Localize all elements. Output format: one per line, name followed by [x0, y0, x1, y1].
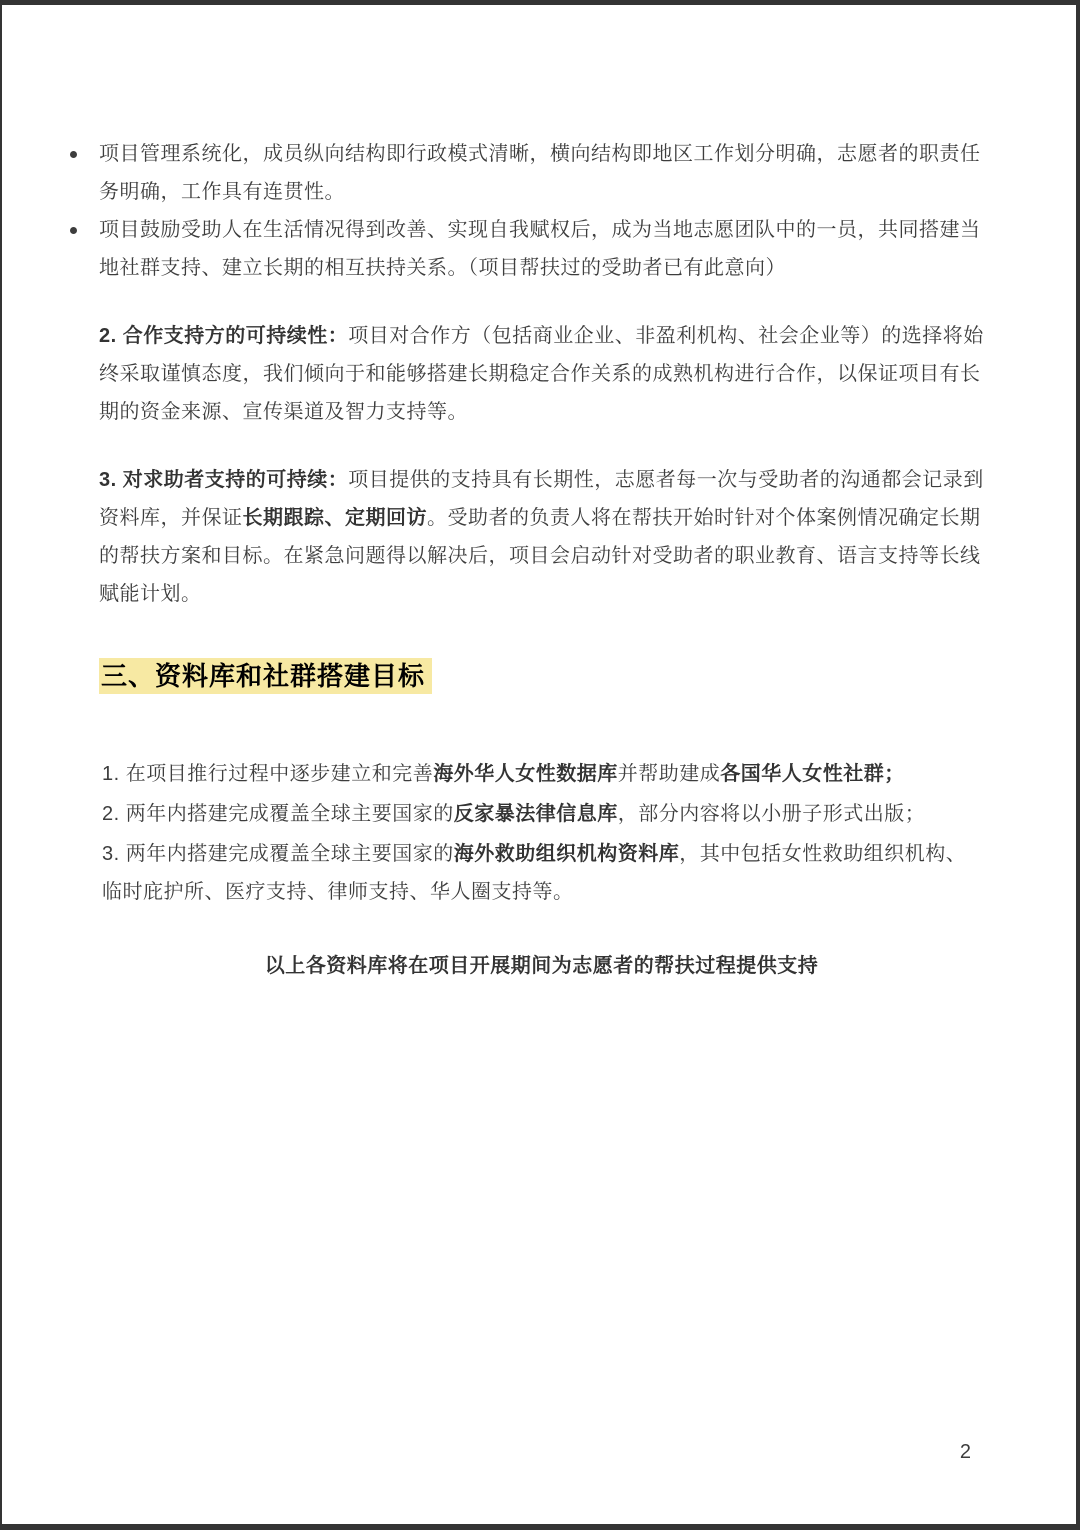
bullet-item: 项目鼓励受助人在生活情况得到改善、实现自我赋权后，成为当地志愿团队中的一员，共同…: [99, 211, 984, 287]
heading-highlight: 三、资料库和社群搭建目标: [99, 658, 432, 694]
text-run: 各国华人女性社群；: [720, 763, 905, 785]
numbered-item: 2. 两年内搭建完成覆盖全球主要国家的反家暴法律信息库，部分内容将以小册子形式出…: [102, 795, 984, 833]
document-page: 项目管理系统化，成员纵向结构即行政模式清晰，横向结构即地区工作划分明确，志愿者的…: [2, 5, 1076, 1524]
bullet-item: 项目管理系统化，成员纵向结构即行政模式清晰，横向结构即地区工作划分明确，志愿者的…: [99, 135, 984, 211]
numbered-list: 1. 在项目推行过程中逐步建立和完善海外华人女性数据库并帮助建成各国华人女性社群…: [99, 755, 984, 911]
text-run: 2. 合作支持方的可持续性：: [99, 325, 348, 347]
text-run: 1. 在项目推行过程中逐步建立和完善: [102, 763, 433, 785]
bullet-text: 项目鼓励受助人在生活情况得到改善、实现自我赋权后，成为当地志愿团队中的一员，共同…: [99, 219, 981, 279]
paragraph-partnership-sustainability: 2. 合作支持方的可持续性：项目对合作方（包括商业企业、非盈利机构、社会企业等）…: [99, 317, 984, 431]
bullet-text: 项目管理系统化，成员纵向结构即行政模式清晰，横向结构即地区工作划分明确，志愿者的…: [99, 143, 981, 203]
page-content: 项目管理系统化，成员纵向结构即行政模式清晰，横向结构即地区工作划分明确，志愿者的…: [2, 5, 1076, 985]
text-run: 长期跟踪、定期回访: [243, 507, 428, 529]
text-run: 并帮助建成: [618, 763, 721, 785]
text-run: 反家暴法律信息库: [454, 803, 618, 825]
paragraph-helpseeker-support-sustainability: 3. 对求助者支持的可持续：项目提供的支持具有长期性，志愿者每一次与受助者的沟通…: [99, 461, 984, 613]
page-number: 2: [960, 1441, 971, 1464]
text-run: 2. 两年内搭建完成覆盖全球主要国家的: [102, 803, 454, 825]
numbered-item: 3. 两年内搭建完成覆盖全球主要国家的海外救助组织机构资料库，其中包括女性救助组…: [102, 835, 984, 911]
numbered-item: 1. 在项目推行过程中逐步建立和完善海外华人女性数据库并帮助建成各国华人女性社群…: [102, 755, 984, 793]
text-run: 海外救助组织机构资料库: [454, 843, 680, 865]
closing-statement: 以上各资料库将在项目开展期间为志愿者的帮扶过程提供支持: [99, 947, 984, 985]
bullet-list: 项目管理系统化，成员纵向结构即行政模式清晰，横向结构即地区工作划分明确，志愿者的…: [99, 135, 984, 287]
text-run: 3. 两年内搭建完成覆盖全球主要国家的: [102, 843, 454, 865]
section-heading: 三、资料库和社群搭建目标: [99, 653, 984, 699]
text-run: 3. 对求助者支持的可持续：: [99, 469, 348, 491]
text-run: 海外华人女性数据库: [433, 763, 618, 785]
text-run: ，部分内容将以小册子形式出版；: [618, 803, 926, 825]
